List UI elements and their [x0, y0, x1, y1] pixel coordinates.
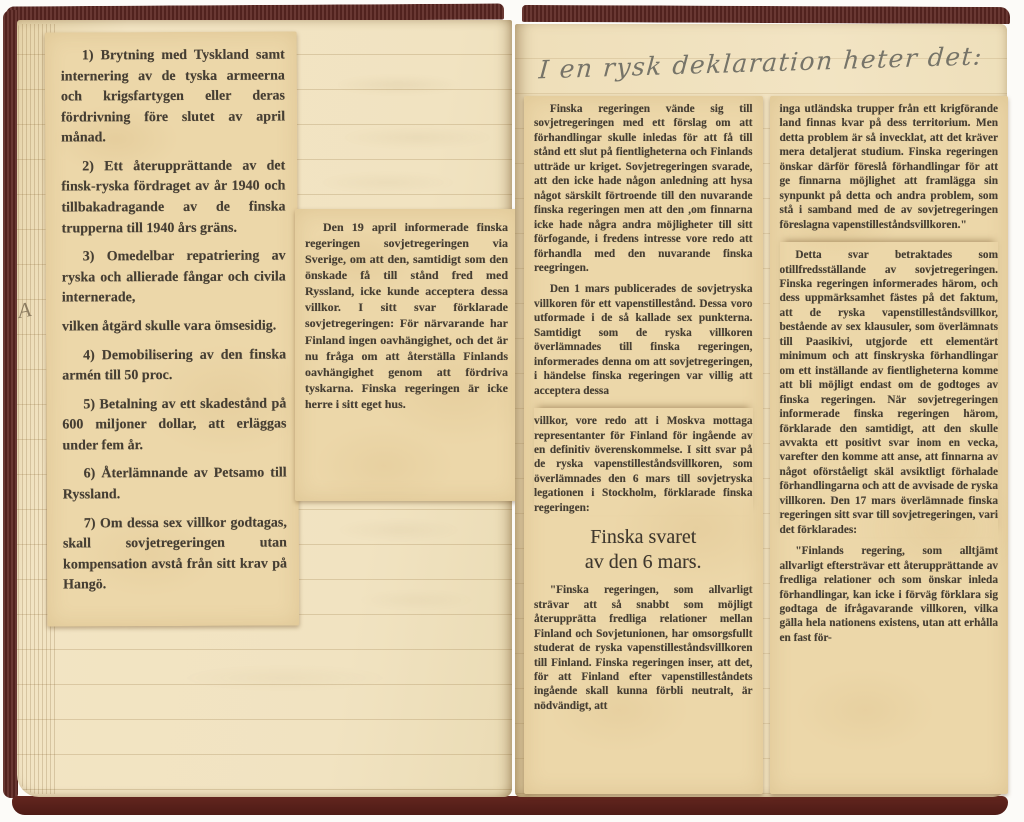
column2-paragraph-1: inga utländska trupper från ett krigföra… — [780, 102, 999, 232]
headline-line-2: av den 6 mars. — [534, 550, 753, 575]
headline-line-1: Finska svaret — [534, 525, 753, 550]
term-item-2: 2) Ett återupprättande av det finsk-rysk… — [61, 156, 285, 239]
column2-paragraph-3: "Finlands regering, som alltjämt allvarl… — [780, 544, 999, 645]
book-cover-top-edge-right — [522, 5, 1010, 24]
april-19-paragraph: Den 19 april informerade finska regering… — [305, 219, 508, 412]
column1-paragraph-1: Finska regeringen vände sig till sovjetr… — [534, 102, 753, 275]
book-cover-bottom-edge — [12, 796, 1008, 815]
scrapbook-spread: A 1) Brytning med Tyskland samt interner… — [0, 0, 1024, 822]
term-item-3: 3) Omedelbar repatriering av ryska och a… — [62, 247, 286, 310]
column2-paragraph-2: Detta svar betraktades som otillfredsstä… — [780, 242, 999, 537]
term-item-7: 7) Om dessa sex villkor godtagas, skall … — [63, 513, 287, 596]
article-column-2: inga utländska trupper från ett krigföra… — [770, 96, 1009, 794]
column1-paragraph-2: Den 1 mars publicerades de sovjetryska v… — [534, 282, 753, 398]
clipping-armistice-terms: 1) Brytning med Tyskland samt internerin… — [45, 31, 300, 626]
column1-paragraph-4: "Finska regeringen, som allvarligt sträv… — [534, 583, 753, 713]
article-headline: Finska svaret av den 6 mars. — [534, 525, 753, 575]
term-item-5: 5) Betalning av ett skadestånd på 600 mi… — [62, 394, 286, 457]
term-item-6: 6) Återlämnande av Petsamo till Ryssland… — [63, 464, 287, 506]
clipping-declaration-article: Finska regeringen vände sig till sovjetr… — [524, 96, 1008, 794]
article-column-1: Finska regeringen vände sig till sovjetr… — [524, 96, 763, 794]
column1-paragraph-3: villkor, vore redo att i Moskva mottaga … — [534, 408, 753, 515]
term-item-3-continuation: vilken åtgärd skulle vara ömsesidig. — [62, 316, 286, 338]
clipping-april-19: Den 19 april informerade finska regering… — [295, 209, 518, 501]
term-item-1: 1) Brytning med Tyskland samt internerin… — [61, 46, 285, 150]
book-cover-spine-edge — [3, 10, 18, 798]
term-item-4: 4) Demobilisering av den finska armén ti… — [62, 345, 286, 387]
